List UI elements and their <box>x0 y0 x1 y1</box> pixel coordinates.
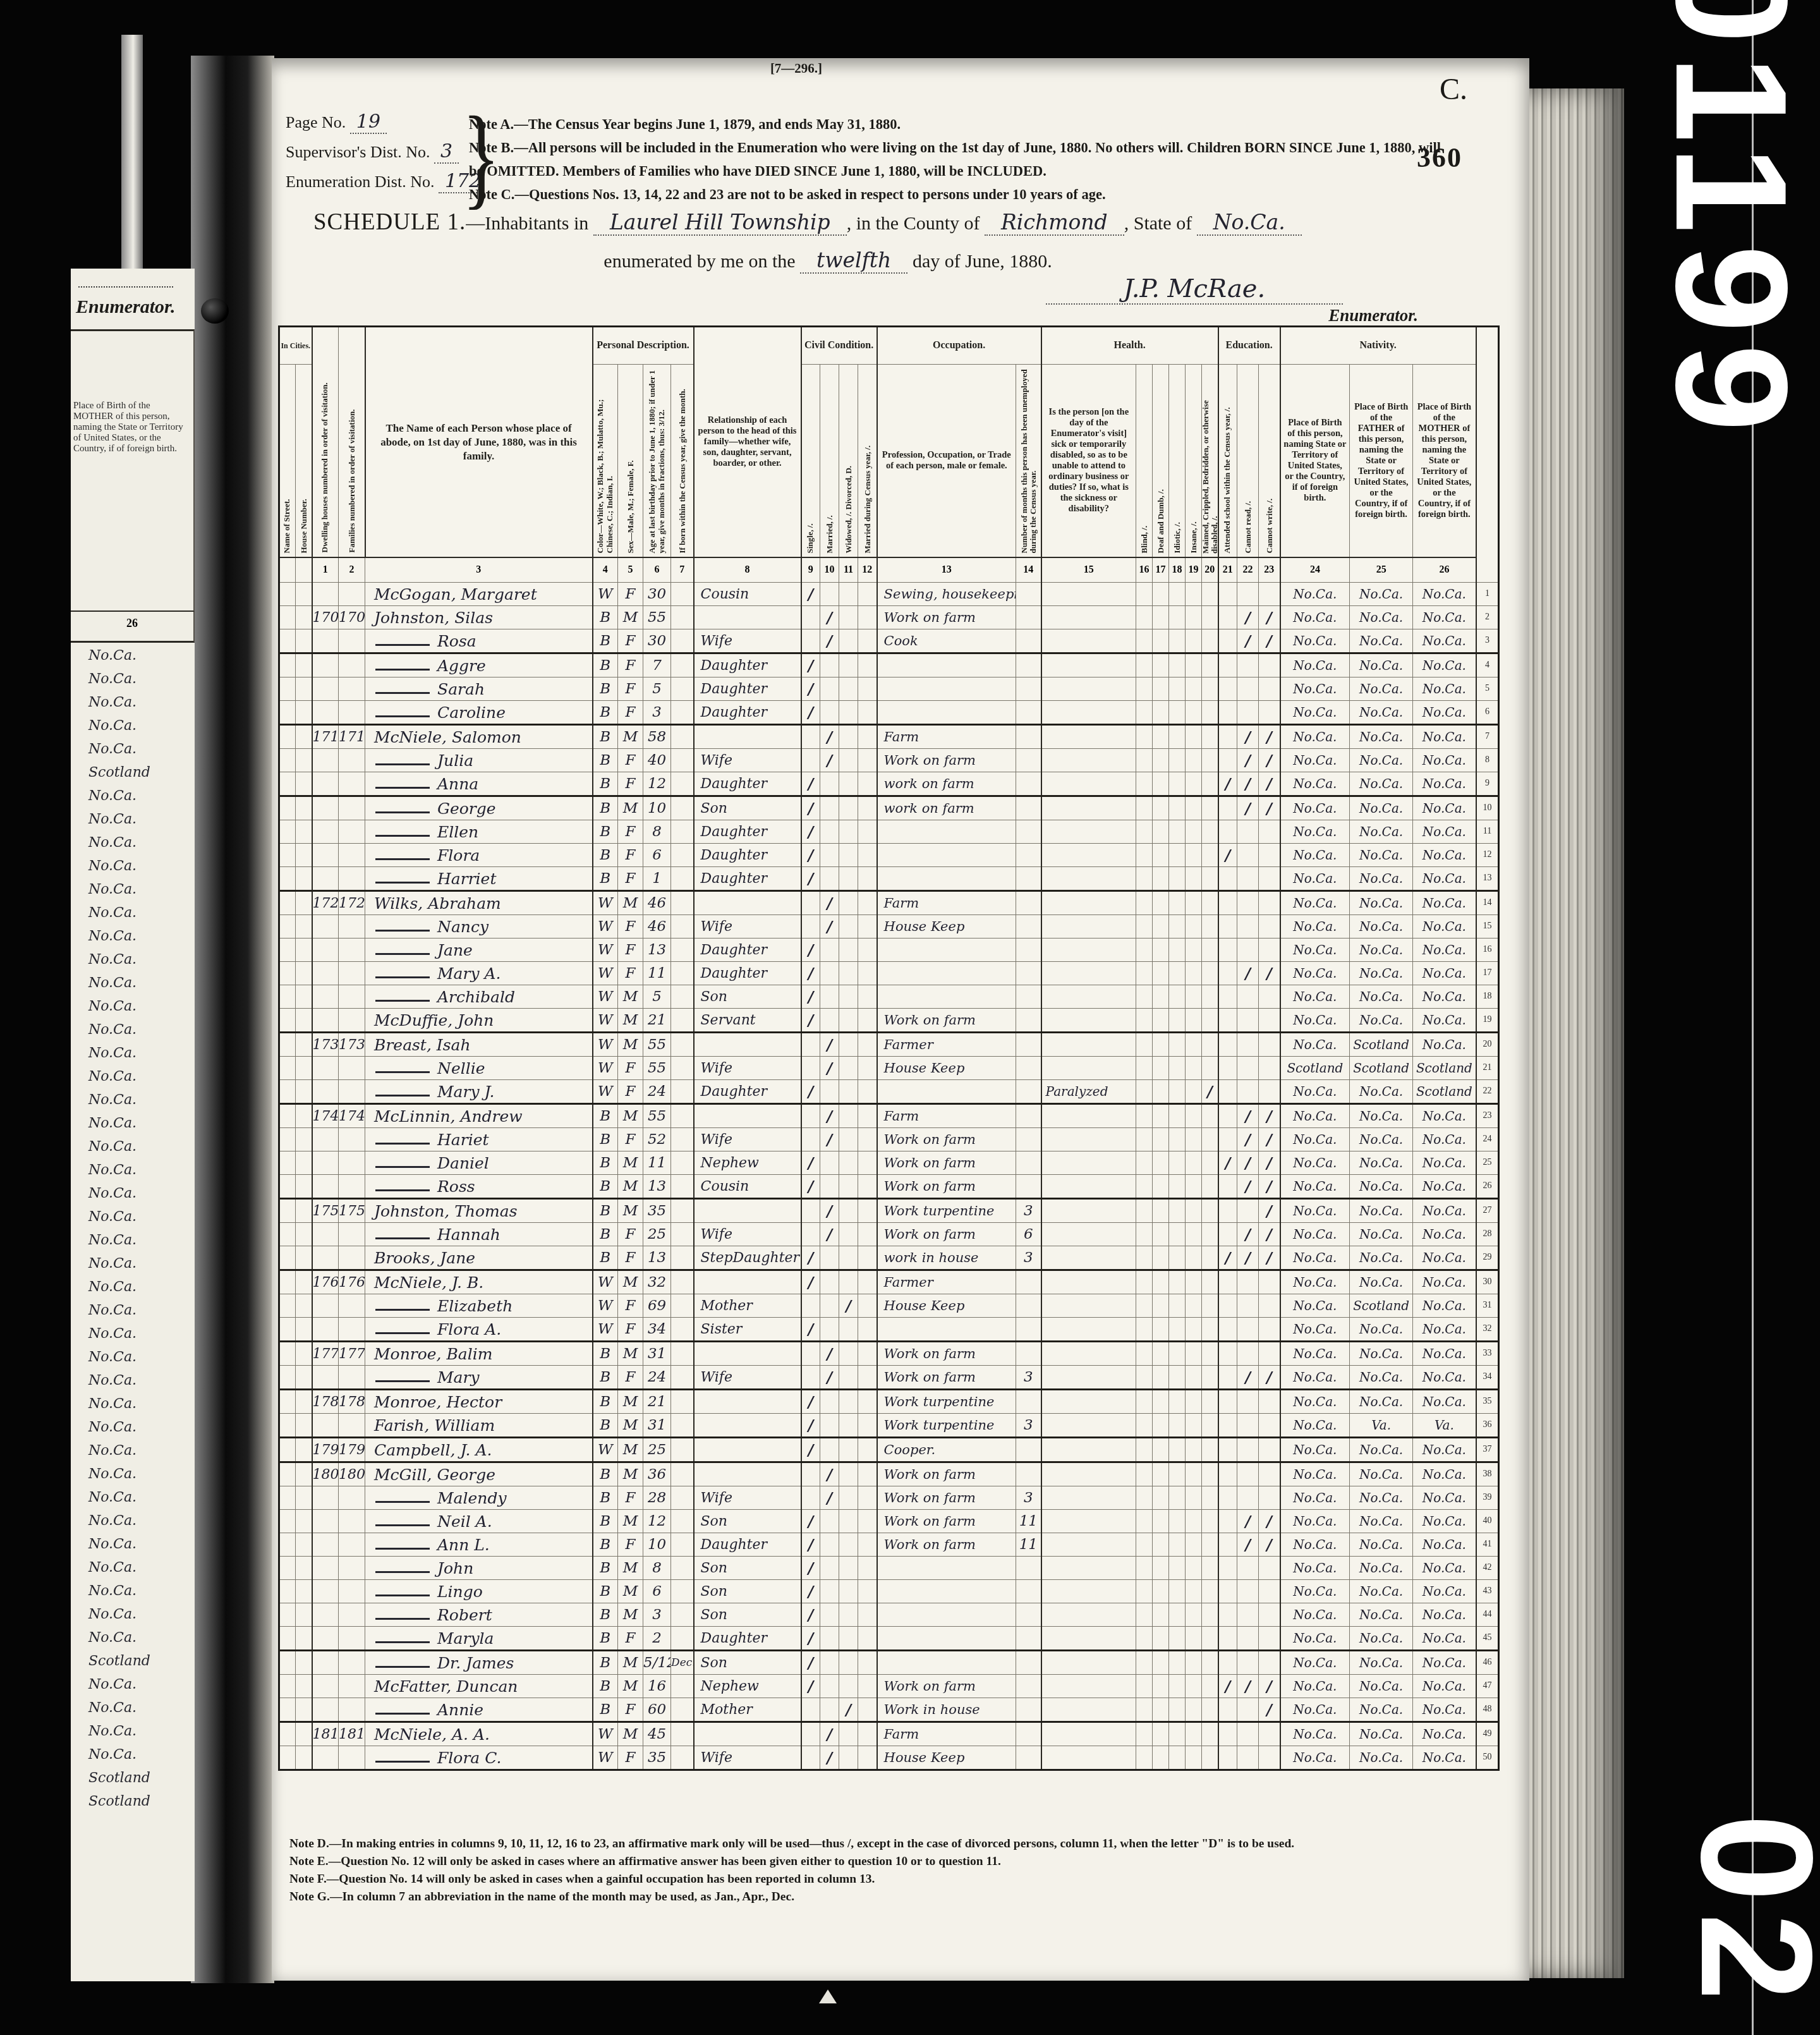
person-name: Breast, Isah <box>374 1036 471 1054</box>
header-notes: Note A.—The Census Year begins June 1, 1… <box>469 112 1455 206</box>
table-row: AggreBF7Daughter/No.Ca.No.Ca.No.Ca.4 <box>279 653 1499 677</box>
margin-entry: No.Ca. <box>71 1065 195 1088</box>
census-page: [7—296.] C. 360 Page No. 19 Supervisor's… <box>272 58 1529 1981</box>
col-cannot-read-header: Cannot read, /. <box>1237 365 1259 558</box>
col-house-header: House Number. <box>296 365 312 558</box>
note-b: Note B.—All persons will be included in … <box>469 136 1455 183</box>
ditto-dash <box>375 1237 430 1239</box>
person-name: Wilks, Abraham <box>374 894 501 913</box>
table-row: Flora A.WF34Sister/No.Ca.No.Ca.No.Ca.32 <box>279 1318 1499 1342</box>
county-label: , in the County of <box>847 213 980 234</box>
table-row: SarahBF5Daughter/No.Ca.No.Ca.No.Ca.5 <box>279 677 1499 701</box>
margin-entry: Scotland <box>71 1790 195 1813</box>
person-name: Johnston, Thomas <box>374 1202 517 1220</box>
census-table: In Cities. Dwelling houses numbered in o… <box>278 325 1500 1771</box>
table-row: 181181McNiele, A. A.WM45/FarmNo.Ca.No.Ca… <box>279 1722 1499 1746</box>
col-disabled-header: Maimed, Crippled, Bedridden, or otherwis… <box>1202 365 1218 558</box>
footer-note: Note D.—In making entries in columns 9, … <box>289 1835 1427 1853</box>
page-edge-sliver <box>121 35 143 272</box>
table-row: McDuffie, JohnWM21Servant/Work on farmNo… <box>279 1009 1499 1033</box>
person-name: McLinnin, Andrew <box>374 1107 523 1126</box>
person-name: Anna <box>437 775 478 793</box>
table-row: GeorgeBM10Son/work on farm//No.Ca.No.Ca.… <box>279 796 1499 820</box>
table-row: 174174McLinnin, AndrewBM55/Farm//No.Ca.N… <box>279 1104 1499 1128</box>
margin-entry: No.Ca. <box>71 925 195 948</box>
margin-entry: No.Ca. <box>71 1229 195 1252</box>
group-civil-condition: Civil Condition. <box>801 327 877 365</box>
col-widowed-header: Widowed, /. Divorced, D. <box>839 365 858 558</box>
person-name: Caroline <box>437 703 506 722</box>
ditto-dash <box>375 1595 430 1596</box>
table-row: NellieWF55Wife/House KeepScotlandScotlan… <box>279 1057 1499 1080</box>
col-married-year-header: Married during Census year, /. <box>858 365 877 558</box>
person-name: Lingo <box>437 1582 483 1601</box>
margin-entry: No.Ca. <box>71 831 195 854</box>
table-row: 177177Monroe, BalimBM31/Work on farmNo.C… <box>279 1342 1499 1366</box>
table-row: Dr. JamesBM5/12Dec.Son/No.Ca.No.Ca.No.Ca… <box>279 1651 1499 1675</box>
ditto-dash <box>375 1166 430 1168</box>
margin-entry: No.Ca. <box>71 1275 195 1299</box>
person-name: Nancy <box>437 918 488 936</box>
col-relationship-header: Relationship of each person to the head … <box>694 327 801 558</box>
district-id-block: Page No. 19 Supervisor's Dist. No. 3 Enu… <box>286 107 487 197</box>
col-sex-header: Sex—Male, M.; Female, F. <box>618 365 643 558</box>
ditto-dash <box>375 1571 430 1573</box>
footer-notes: Note D.—In making entries in columns 9, … <box>289 1835 1427 1906</box>
table-row: RossBM13Cousin/Work on farm//No.Ca.No.Ca… <box>279 1175 1499 1199</box>
table-row: McFatter, DuncanBM16Nephew/Work on farm/… <box>279 1675 1499 1698</box>
ditto-dash <box>375 1713 430 1715</box>
supervisors-dist-value: 3 <box>434 140 459 164</box>
person-name: Hariet <box>437 1131 489 1149</box>
margin-entry: No.Ca. <box>71 1346 195 1369</box>
person-name: McNiele, J. B. <box>374 1273 483 1292</box>
margin-entry: No.Ca. <box>71 1205 195 1229</box>
left-column-26-number: 26 <box>71 612 195 643</box>
table-row: FloraBF6Daughter//No.Ca.No.Ca.No.Ca.12 <box>279 844 1499 867</box>
row-number-column <box>1476 327 1499 583</box>
schedule-number: SCHEDULE 1. <box>313 209 466 235</box>
table-row: 178178Monroe, HectorBM21/Work turpentine… <box>279 1390 1499 1414</box>
col-families-header: Families numbered in order of visitation… <box>339 327 365 558</box>
note-c: Note C.—Questions Nos. 13, 14, 22 and 23… <box>469 183 1455 206</box>
margin-entry: No.Ca. <box>71 948 195 971</box>
table-row: Neil A.BM12Son/Work on farm11//No.Ca.No.… <box>279 1510 1499 1533</box>
table-row: Mary J.WF24Daughter/Paralyzed/No.Ca.No.C… <box>279 1080 1499 1104</box>
margin-entry: No.Ca. <box>71 1603 195 1626</box>
ditto-dash <box>375 1501 430 1503</box>
table-row: MalendyBF28Wife/Work on farm3No.Ca.No.Ca… <box>279 1486 1499 1510</box>
state-value: No.Ca. <box>1197 210 1302 236</box>
person-name: Sarah <box>437 680 485 698</box>
table-row: 170170Johnston, SilasBM55/Work on farm//… <box>279 606 1499 629</box>
margin-entry: No.Ca. <box>71 738 195 761</box>
enumerated-line: enumerated by me on the twelfth day of J… <box>272 248 1384 272</box>
margin-entry: No.Ca. <box>71 784 195 808</box>
person-name: Farish, William <box>374 1416 495 1435</box>
person-name: Dr. James <box>437 1654 514 1672</box>
person-name: McDuffie, John <box>374 1011 494 1030</box>
margin-entry: No.Ca. <box>71 1509 195 1533</box>
margin-entry: No.Ca. <box>71 878 195 901</box>
person-name: Ross <box>437 1177 475 1196</box>
margin-entry: No.Ca. <box>71 1696 195 1720</box>
margin-entry: No.Ca. <box>71 1392 195 1416</box>
left-enumerator-label: Enumerator. <box>76 296 195 318</box>
person-name: Flora <box>437 846 480 865</box>
col-married-header: Married, /. <box>820 365 839 558</box>
table-row: MarylaBF2Daughter/No.Ca.No.Ca.No.Ca.45 <box>279 1627 1499 1651</box>
col-insane-header: Insane, /. <box>1186 365 1202 558</box>
margin-entry: No.Ca. <box>71 1018 195 1042</box>
table-row: CarolineBF3Daughter/No.Ca.No.Ca.No.Ca.6 <box>279 701 1499 725</box>
margin-entry: No.Ca. <box>71 1626 195 1649</box>
person-name: Monroe, Balim <box>374 1345 492 1363</box>
person-name: Rosa <box>437 632 476 650</box>
table-row: Brooks, JaneBF13StepDaughter/work in hou… <box>279 1246 1499 1270</box>
table-row: JohnBM8Son/No.Ca.No.Ca.No.Ca.42 <box>279 1557 1499 1580</box>
ditto-dash <box>375 1641 430 1643</box>
table-row: MaryBF24Wife/Work on farm3//No.Ca.No.Ca.… <box>279 1366 1499 1390</box>
column-numbers-row: 1234567891011121314151617181920212223242… <box>279 557 1499 583</box>
person-name: Ann L. <box>437 1536 490 1554</box>
ditto-dash <box>375 1309 430 1311</box>
ditto-dash <box>375 1095 430 1096</box>
ditto-dash <box>375 1143 430 1145</box>
group-education: Education. <box>1218 327 1280 365</box>
col-color-header: Color—White, W.; Black, B.; Mulatto, Mu.… <box>593 365 618 558</box>
col-name-header: The Name of each Person whose place of a… <box>365 327 593 558</box>
ditto-dash <box>375 811 430 813</box>
table-row: EllenBF8Daughter/No.Ca.No.Ca.No.Ca.11 <box>279 820 1499 844</box>
margin-entry: No.Ca. <box>71 971 195 995</box>
col-blind-header: Blind, /. <box>1136 365 1153 558</box>
person-name: Harriet <box>437 870 496 888</box>
enumeration-dist-label: Enumeration Dist. No. <box>286 173 434 191</box>
enumerated-suffix: day of June, 1880. <box>913 251 1052 272</box>
margin-entry: No.Ca. <box>71 644 195 667</box>
person-name: Robert <box>437 1606 492 1624</box>
table-row: Ann L.BF10Daughter/Work on farm11//No.Ca… <box>279 1533 1499 1557</box>
margin-entry: No.Ca. <box>71 995 195 1018</box>
binding-knob <box>201 298 229 324</box>
ditto-dash <box>375 1000 430 1002</box>
table-row: JuliaBF40Wife/Work on farm//No.Ca.No.Ca.… <box>279 749 1499 772</box>
county-value: Richmond <box>985 210 1124 236</box>
table-row: 172172Wilks, AbrahamWM46/FarmNo.Ca.No.Ca… <box>279 891 1499 915</box>
margin-entry: Scotland <box>71 761 195 784</box>
group-in-cities: In Cities. <box>279 327 312 365</box>
col-unemployed-header: Number of months this person has been un… <box>1016 365 1041 558</box>
person-name: Daniel <box>437 1154 489 1172</box>
group-occupation: Occupation. <box>877 327 1041 365</box>
enumerated-day: twelfth <box>800 248 907 274</box>
corner-letter: C. <box>1440 72 1467 107</box>
margin-entry: No.Ca. <box>71 1135 195 1158</box>
footer-note: Note G.—In column 7 an abbreviation in t… <box>289 1888 1427 1906</box>
col-occupation-header: Profession, Occupation, or Trade of each… <box>877 365 1016 558</box>
supervisors-dist-label: Supervisor's Dist. No. <box>286 143 430 161</box>
page-no-value: 19 <box>350 111 387 134</box>
margin-entry: No.Ca. <box>71 1579 195 1603</box>
previous-page-strip: Enumerator. Place of Birth of the MOTHER… <box>71 269 195 1981</box>
ditto-dash <box>375 1666 430 1668</box>
person-name: Ellen <box>437 823 478 841</box>
margin-entry: Scotland <box>71 1649 195 1673</box>
ditto-dash <box>375 858 430 860</box>
person-name: Neil A. <box>437 1512 492 1531</box>
film-reel-number: 01199 <box>1641 0 1820 443</box>
person-name: Elizabeth <box>437 1297 513 1315</box>
footer-note: Note F.—Question No. 14 will only be ask… <box>289 1871 1427 1888</box>
film-frame-number: 02 <box>1666 1814 1820 2012</box>
col-father-birthplace-header: Place of Birth of the FATHER of this per… <box>1350 365 1413 558</box>
table-row: McGogan, MargaretWF30Cousin/Sewing, hous… <box>279 583 1499 606</box>
col-age-header: Age at last birthday prior to June 1, 18… <box>643 365 671 558</box>
margin-entry: No.Ca. <box>71 1439 195 1462</box>
margin-entry: No.Ca. <box>71 1182 195 1205</box>
ditto-dash <box>375 715 430 717</box>
table-row: AnnaBF12Daughter/work on farm///No.Ca.No… <box>279 772 1499 796</box>
margin-entry: No.Ca. <box>71 1299 195 1322</box>
table-row: Mary A.WF11Daughter///No.Ca.No.Ca.No.Ca.… <box>279 962 1499 985</box>
ditto-dash <box>375 1548 430 1550</box>
ditto-dash <box>375 1332 430 1334</box>
person-name: Brooks, Jane <box>374 1249 475 1267</box>
table-row: JaneWF13Daughter/No.Ca.No.Ca.No.Ca.16 <box>279 939 1499 962</box>
microfilm-scan: 01199 02 Enumerator. Place of Birth of t… <box>0 0 1820 2035</box>
col-deaf-header: Deaf and Dumb, /. <box>1153 365 1169 558</box>
col-school-header: Attended school within the Census year, … <box>1218 365 1237 558</box>
book-page-edges <box>1529 88 1624 1978</box>
table-row: HarietBF52Wife/Work on farm//No.Ca.No.Ca… <box>279 1128 1499 1151</box>
table-row: Farish, WilliamBM31/Work turpentine3No.C… <box>279 1414 1499 1438</box>
book-spine <box>191 56 274 1983</box>
col-cannot-write-header: Cannot write, /. <box>1259 365 1280 558</box>
ditto-dash <box>375 930 430 932</box>
margin-entry: No.Ca. <box>71 1252 195 1275</box>
ditto-dash <box>375 835 430 837</box>
group-personal-description: Personal Description. <box>593 327 694 365</box>
col-idiotic-header: Idiotic, /. <box>1169 365 1186 558</box>
table-row: HarrietBF1Daughter/No.Ca.No.Ca.No.Ca.13 <box>279 867 1499 891</box>
person-name: Flora C. <box>437 1749 501 1767</box>
margin-entry: No.Ca. <box>71 1673 195 1696</box>
col-mother-birthplace-header: Place of Birth of the MOTHER of this per… <box>1413 365 1476 558</box>
footer-note: Note E.—Question No. 12 will only be ask… <box>289 1853 1427 1871</box>
enumerator-label: Enumerator. <box>1328 306 1418 325</box>
ditto-dash <box>375 976 430 978</box>
ditto-dash <box>375 787 430 789</box>
ditto-dash <box>375 1618 430 1620</box>
table-row: RobertBM3Son/No.Ca.No.Ca.No.Ca.44 <box>279 1603 1499 1627</box>
person-name: Aggre <box>437 657 486 675</box>
table-row: HannahBF25Wife/Work on farm6//No.Ca.No.C… <box>279 1223 1499 1246</box>
margin-entry: No.Ca. <box>71 1486 195 1509</box>
person-name: Jane <box>437 941 473 959</box>
margin-entry: No.Ca. <box>71 1112 195 1135</box>
table-row: 176176McNiele, J. B.WM32/FarmerNo.Ca.No.… <box>279 1270 1499 1294</box>
margin-entry: No.Ca. <box>71 901 195 925</box>
col-dwelling-header: Dwelling houses numbered in order of vis… <box>312 327 339 558</box>
margin-entry: No.Ca. <box>71 1416 195 1439</box>
margin-entry: No.Ca. <box>71 714 195 738</box>
col-single-header: Single, /. <box>801 365 820 558</box>
divider <box>78 286 173 288</box>
ditto-dash <box>375 882 430 884</box>
form-number: [7—296.] <box>733 61 859 76</box>
margin-entry: Scotland <box>71 1766 195 1790</box>
ditto-dash <box>375 644 430 646</box>
person-name: Johnston, Silas <box>374 609 493 627</box>
person-name: McFatter, Duncan <box>374 1677 518 1696</box>
margin-entry: No.Ca. <box>71 667 195 691</box>
ditto-dash <box>375 1524 430 1526</box>
table-row: 173173Breast, IsahWM55/FarmerNo.Ca.Scotl… <box>279 1033 1499 1057</box>
margin-entry: No.Ca. <box>71 1042 195 1065</box>
state-label: , State of <box>1124 213 1192 234</box>
person-name: Julia <box>437 751 473 770</box>
ditto-dash <box>375 1071 430 1073</box>
person-name: Flora A. <box>437 1320 501 1339</box>
table-row: LingoBM6Son/No.Ca.No.Ca.No.Ca.43 <box>279 1580 1499 1603</box>
township-value: Laurel Hill Township <box>593 210 847 236</box>
person-name: Nellie <box>437 1059 485 1078</box>
person-name: Annie <box>437 1701 483 1719</box>
person-name: John <box>437 1559 473 1577</box>
ditto-dash <box>375 1761 430 1763</box>
margin-entry: No.Ca. <box>71 1088 195 1112</box>
person-name: McGill, George <box>374 1466 495 1484</box>
col-birthplace-header: Place of Birth of this person, naming St… <box>1280 365 1350 558</box>
page-no-label: Page No. <box>286 113 346 131</box>
person-name: Malendy <box>437 1489 507 1507</box>
table-row: AnnieBF60Mother/Work in house/No.Ca.No.C… <box>279 1698 1499 1722</box>
margin-entry: No.Ca. <box>71 691 195 714</box>
person-name: Maryla <box>437 1629 494 1648</box>
col-sickness-header: Is the person [on the day of the Enumera… <box>1041 365 1136 558</box>
group-nativity: Nativity. <box>1280 327 1476 365</box>
margin-entry: No.Ca. <box>71 1158 195 1182</box>
table-row: NancyWF46Wife/House KeepNo.Ca.No.Ca.No.C… <box>279 915 1499 939</box>
margin-entry: No.Ca. <box>71 1720 195 1743</box>
note-a: Note A.—The Census Year begins June 1, 1… <box>469 112 1455 136</box>
enumerated-prefix: enumerated by me on the <box>604 251 795 272</box>
person-name: McNiele, Salomon <box>374 728 521 746</box>
person-name: McGogan, Margaret <box>374 585 537 604</box>
table-row: ElizabethWF69Mother/House KeepNo.Ca.Scot… <box>279 1294 1499 1318</box>
table-row: ArchibaldWM5Son/No.Ca.No.Ca.No.Ca.18 <box>279 985 1499 1009</box>
ditto-dash <box>375 1189 430 1191</box>
left-margin-entries: No.Ca.No.Ca.No.Ca.No.Ca.No.Ca.ScotlandNo… <box>71 644 195 1813</box>
person-name: Hannah <box>437 1225 500 1244</box>
ditto-dash <box>375 669 430 671</box>
margin-entry: No.Ca. <box>71 1556 195 1579</box>
margin-entry: No.Ca. <box>71 1462 195 1486</box>
table-row: RosaBF30Wife/Cook//No.Ca.No.Ca.No.Ca.3 <box>279 629 1499 653</box>
person-name: Mary J. <box>437 1083 495 1101</box>
person-name: McNiele, A. A. <box>374 1725 490 1744</box>
table-row: 171171McNiele, SalomonBM58/Farm//No.Ca.N… <box>279 725 1499 749</box>
left-column-26-header: Place of Birth of the MOTHER of this per… <box>71 329 195 612</box>
schedule-title: SCHEDULE 1.—Inhabitants in Laurel Hill T… <box>313 209 1514 236</box>
person-name: Monroe, Hector <box>374 1393 502 1411</box>
ditto-dash <box>375 953 430 955</box>
margin-entry: No.Ca. <box>71 854 195 878</box>
table-row: DanielBM11Nephew/Work on farm///No.Ca.No… <box>279 1151 1499 1175</box>
ditto-dash <box>375 692 430 694</box>
ditto-dash <box>375 1380 430 1382</box>
margin-entry: No.Ca. <box>71 1369 195 1392</box>
table-row: 180180McGill, GeorgeBM36/Work on farmNo.… <box>279 1462 1499 1486</box>
margin-entry: No.Ca. <box>71 808 195 831</box>
col-birth-month-header: If born within the Census year, give the… <box>671 365 694 558</box>
person-name: Archibald <box>437 988 515 1006</box>
margin-entry: No.Ca. <box>71 1322 195 1346</box>
margin-entry: No.Ca. <box>71 1743 195 1766</box>
enumerator-signature: J.P. McRae. <box>1046 274 1343 305</box>
census-rows: McGogan, MargaretWF30Cousin/Sewing, hous… <box>279 583 1499 1770</box>
table-row: 175175Johnston, ThomasBM35/Work turpenti… <box>279 1199 1499 1223</box>
schedule-text: —Inhabitants in <box>466 213 588 234</box>
person-name: Campbell, J. A. <box>374 1441 492 1459</box>
group-health: Health. <box>1041 327 1218 365</box>
col-street-header: Name of Street. <box>279 365 296 558</box>
film-caret-mark <box>819 1989 837 2003</box>
margin-entry: No.Ca. <box>71 1533 195 1556</box>
person-name: Mary A. <box>437 964 501 983</box>
person-name: Mary <box>437 1368 480 1387</box>
person-name: George <box>437 799 496 818</box>
table-row: 179179Campbell, J. A.WM25/Cooper.No.Ca.N… <box>279 1438 1499 1462</box>
table-row: Flora C.WF35Wife/House KeepNo.Ca.No.Ca.N… <box>279 1746 1499 1770</box>
ditto-dash <box>375 763 430 765</box>
